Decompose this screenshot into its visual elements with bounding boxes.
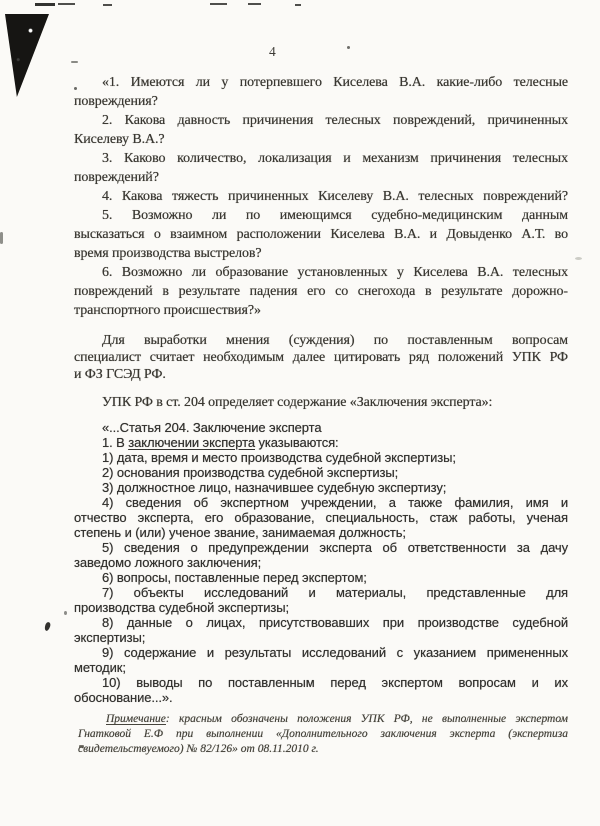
text-line: 5) сведения о предупреждении эксперта об… — [74, 540, 568, 555]
scan-speck — [44, 621, 52, 631]
scan-dash-mark — [248, 3, 261, 5]
text-line: высказаться о взаимном расположении Кисе… — [74, 225, 568, 244]
scan-speck — [347, 46, 350, 49]
corner-fold-triangle-mark — [5, 14, 49, 97]
text-line: «...Статья 204. Заключение эксперта — [74, 420, 568, 435]
scan-dash-mark — [210, 3, 227, 5]
text-line: свидетельствуемого) № 82/126» от 08.11.2… — [78, 742, 568, 757]
text-line: повреждений в результате падения его со … — [74, 282, 568, 301]
text-line: «1. Имеются ли у потерпевшего Киселева В… — [74, 73, 568, 92]
text-line: методик; — [74, 660, 568, 675]
text-segment: 1. В — [102, 435, 128, 450]
text-segment: : красным обозначены положения УПК РФ, н… — [166, 713, 568, 725]
text-segment: указываются: — [255, 435, 339, 450]
underlined-text: заключении эксперта — [128, 435, 255, 450]
scan-dash-mark — [35, 3, 55, 6]
text-line: 4. Какова тяжесть причиненных Киселеву В… — [74, 187, 568, 206]
text-line: время производства выстрелов? — [74, 244, 568, 263]
text-line: Для выработки мнения (суждения) по поста… — [74, 332, 568, 349]
text-line: УПК РФ в ст. 204 определяет содержание «… — [74, 394, 568, 411]
text-line: транспортного происшествия?» — [74, 301, 568, 320]
text-line: и ФЗ ГСЭД РФ. — [74, 366, 568, 383]
text-line: Киселеву В.А.? — [74, 130, 568, 149]
text-line: Гнатковой Е.Ф при выполнении «Дополнител… — [78, 727, 568, 742]
text-line: производства судебной экспертизы; — [74, 600, 568, 615]
text-line: 2) основания производства судебной экспе… — [74, 465, 568, 480]
text-line: 8) данные о лицах, присутствовавших при … — [74, 615, 568, 630]
text-line: повреждения? — [74, 92, 568, 111]
underlined-text: Примечание — [106, 713, 166, 725]
document-text: «1. Имеются ли у потерпевшего Киселева В… — [74, 73, 568, 757]
text-line: заведомо ложного заключения; — [74, 555, 568, 570]
text-line: 9) содержание и результаты исследований … — [74, 645, 568, 660]
scan-speck — [71, 61, 78, 63]
text-line: степень и (или) ученое звание, занимаема… — [74, 525, 568, 540]
text-line: 7) объекты исследований и материалы, пре… — [74, 585, 568, 600]
text-line: повреждений? — [74, 168, 568, 187]
text-line: специалист считает необходимым далее цит… — [74, 349, 568, 366]
text-line: 10) выводы по поставленным перед эксперт… — [74, 675, 568, 690]
scanned-document-page: 4 «1. Имеются ли у потерпевшего Киселева… — [0, 0, 600, 826]
text-line: отчество эксперта, его образование, спец… — [74, 510, 568, 525]
text-line: 6) вопросы, поставленные перед экспертом… — [74, 570, 568, 585]
text-line: экспертизы; — [74, 630, 568, 645]
text-line: 3) должностное лицо, назначившее судебну… — [74, 480, 568, 495]
scan-dash-mark — [58, 3, 75, 5]
page-number: 4 — [269, 44, 276, 60]
scan-dash-mark — [103, 4, 112, 6]
text-line: 1) дата, время и место производства суде… — [74, 450, 568, 465]
scan-speck — [0, 232, 3, 244]
text-line: 2. Какова давность причинения телесных п… — [74, 111, 568, 130]
scan-speck — [64, 611, 67, 615]
text-line: 5. Возможно ли по имеющимся судебно-меди… — [74, 206, 568, 225]
text-line: 1. В заключении эксперта указываются: — [74, 435, 568, 450]
scan-speck — [575, 257, 582, 260]
text-line: Примечание: красным обозначены положения… — [78, 712, 568, 727]
text-line: 3. Каково количество, локализация и меха… — [74, 149, 568, 168]
scan-dash-mark — [295, 4, 301, 6]
text-line: 4) сведения об экспертном учреждении, а … — [74, 495, 568, 510]
text-line: 6. Возможно ли образование установленных… — [74, 263, 568, 282]
text-line: обоснование...». — [74, 690, 568, 705]
